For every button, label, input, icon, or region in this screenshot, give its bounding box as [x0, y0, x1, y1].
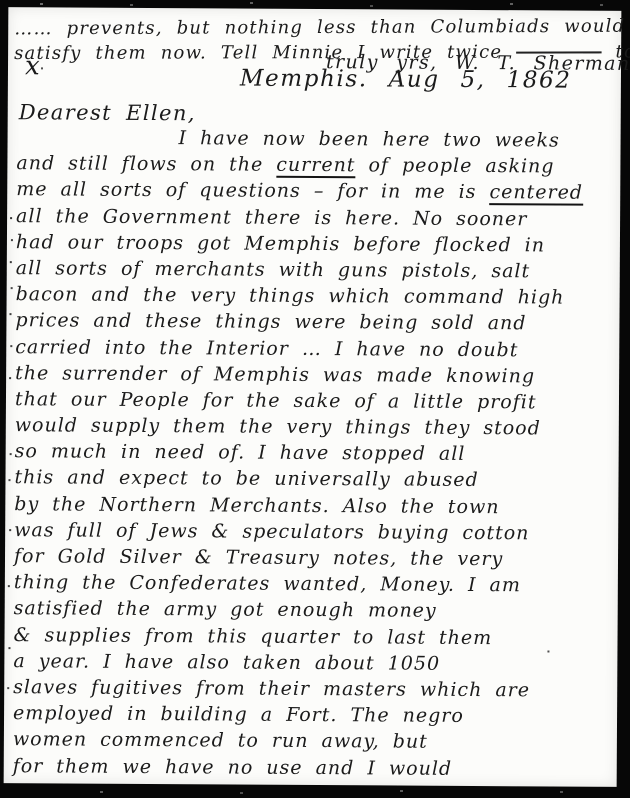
- line-segment: and still flows on the: [16, 152, 276, 176]
- letter-line: by the Northern Merchants. Also the town: [14, 491, 612, 521]
- letter-line: that our People for the sake of a little…: [15, 386, 613, 416]
- letter-line: I have now been here two weeks: [17, 124, 615, 154]
- letter-paper: …… prevents, but nothing less than Colum…: [4, 7, 622, 787]
- salutation: Dearest Ellen,: [19, 100, 196, 125]
- letter-line: so much in need of. I have stopped all: [15, 438, 613, 468]
- line-segment: of people asking: [355, 154, 554, 177]
- letter-line: bacon and the very things which command …: [16, 281, 614, 311]
- letter-line: a year. I have also taken about 1050: [13, 648, 611, 678]
- underlined-word: centered: [489, 181, 583, 206]
- underlined-word: current: [276, 154, 355, 178]
- letter-body: I have now been here two weeks and still…: [13, 124, 615, 782]
- letter-line: me all sorts of questions – for in me is…: [16, 177, 614, 207]
- letter-line: for Gold Silver & Treasury notes, the ve…: [14, 543, 612, 573]
- dateline: Memphis. Aug 5, 1862: [240, 66, 572, 94]
- line-segment: me all sorts of questions – for in me is: [16, 179, 489, 204]
- letter-line: all sorts of merchants with guns pistols…: [16, 255, 614, 285]
- scan-specks: [10, 217, 12, 219]
- continuation-line-1: …… prevents, but nothing less than Colum…: [14, 16, 625, 40]
- letter-line: had our troops got Memphis before flocke…: [16, 229, 614, 259]
- letter-line: prices and these things were being sold …: [15, 307, 613, 337]
- letter-line: women commenced to run away, but: [13, 726, 611, 756]
- letter-line: would supply them the very things they s…: [15, 412, 613, 442]
- x-mark: x: [25, 51, 40, 81]
- letter-line: slaves fugitives from their masters whic…: [13, 674, 611, 704]
- letter-line: this and expect to be universally abused: [14, 465, 612, 495]
- letter-line: thing the Confederates wanted, Money. I …: [14, 569, 612, 599]
- scanned-letter-page: …… prevents, but nothing less than Colum…: [0, 0, 630, 798]
- letter-line: the surrender of Memphis was made knowin…: [15, 360, 613, 390]
- letter-line: for them we have no use and I would: [13, 753, 611, 783]
- letter-line: was full of Jews & speculators buying co…: [14, 517, 612, 547]
- letter-line: and still flows on the current of people…: [16, 150, 614, 180]
- letter-line: all the Government there is here. No soo…: [16, 203, 614, 233]
- letter-line: & supplies from this quarter to last the…: [13, 622, 611, 652]
- letter-line: satisfied the army got enough money: [14, 596, 612, 626]
- scan-border-noise: [40, 3, 43, 5]
- letter-line: carried into the Interior … I have no do…: [15, 334, 613, 364]
- letter-line: employed in building a Fort. The negro: [13, 700, 611, 730]
